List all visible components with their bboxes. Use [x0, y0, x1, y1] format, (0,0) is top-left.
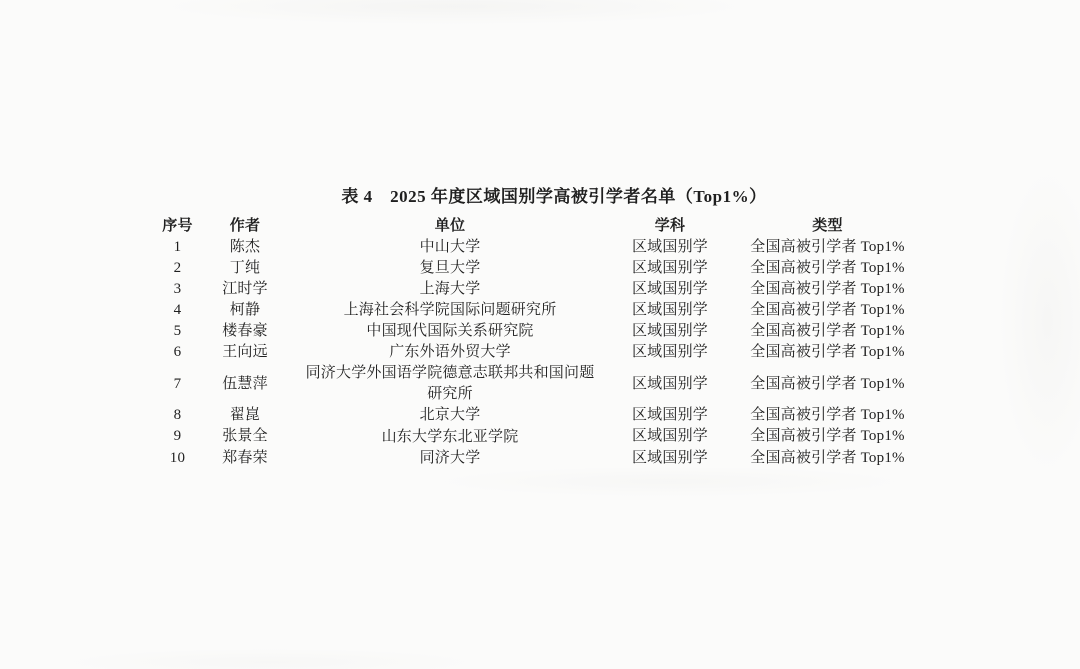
cell-author: 柯静: [205, 300, 285, 321]
cell-discipline: 区域国别学: [615, 405, 725, 426]
cell-no: 2: [150, 258, 205, 279]
cell-no: 3: [150, 279, 205, 300]
cell-institution: 上海大学: [285, 279, 615, 300]
cell-discipline: 区域国别学: [615, 258, 725, 279]
cell-author: 翟崑: [205, 405, 285, 426]
header-cell-type: 类型: [725, 216, 930, 237]
institution-text: 中山大学: [420, 237, 481, 258]
table-row: 5 楼春豪 中国现代国际关系研究院 区域国别学 全国高被引学者 Top1%: [150, 321, 930, 342]
cell-institution: 中山大学: [285, 237, 615, 258]
table-body: 1 陈杰 中山大学 区域国别学 全国高被引学者 Top1% 2 丁纯 复旦大学 …: [150, 237, 930, 469]
cell-author: 王向远: [205, 342, 285, 363]
cell-institution: 同济大学外国语学院德意志联邦共和国问题研究所: [285, 363, 615, 405]
cell-type: 全国高被引学者 Top1%: [725, 342, 930, 363]
cell-type: 全国高被引学者 Top1%: [725, 237, 930, 258]
institution-text: 上海大学: [420, 279, 481, 300]
cell-author: 江时学: [205, 279, 285, 300]
cell-institution: 上海社会科学院国际问题研究所: [285, 300, 615, 321]
cell-discipline: 区域国别学: [615, 321, 725, 342]
cell-discipline: 区域国别学: [615, 237, 725, 258]
cell-type: 全国高被引学者 Top1%: [725, 405, 930, 426]
cell-author: 楼春豪: [205, 321, 285, 342]
cell-institution: 同济大学: [285, 448, 615, 469]
cell-type: 全国高被引学者 Top1%: [725, 448, 930, 469]
cell-type: 全国高被引学者 Top1%: [725, 363, 930, 405]
cell-discipline: 区域国别学: [615, 300, 725, 321]
cell-discipline: 区域国别学: [615, 426, 725, 447]
cell-no: 10: [150, 448, 205, 469]
cell-author: 陈杰: [205, 237, 285, 258]
cell-no: 5: [150, 321, 205, 342]
table-header-row: 序号 作者 单位 学科 类型: [150, 216, 930, 237]
cell-institution: 广东外语外贸大学: [285, 342, 615, 363]
cell-author: 郑春荣: [205, 448, 285, 469]
cell-institution: 复旦大学: [285, 258, 615, 279]
header-cell-no: 序号: [150, 216, 205, 237]
cell-discipline: 区域国别学: [615, 279, 725, 300]
cell-author: 伍慧萍: [205, 363, 285, 405]
table-row: 1 陈杰 中山大学 区域国别学 全国高被引学者 Top1%: [150, 237, 930, 258]
cell-no: 7: [150, 363, 205, 405]
header-cell-institution: 单位: [285, 216, 615, 237]
cell-type: 全国高被引学者 Top1%: [725, 321, 930, 342]
cell-institution: 山东大学东北亚学院: [285, 426, 615, 447]
cell-type: 全国高被引学者 Top1%: [725, 258, 930, 279]
table-row: 4 柯静 上海社会科学院国际问题研究所 区域国别学 全国高被引学者 Top1%: [150, 300, 930, 321]
cell-no: 8: [150, 405, 205, 426]
table-caption: 表 4 2025 年度区域国别学高被引学者名单（Top1%）: [150, 186, 930, 207]
cell-discipline: 区域国别学: [615, 342, 725, 363]
institution-text: 同济大学外国语学院德意志联邦共和国问题研究所: [302, 363, 598, 405]
cell-discipline: 区域国别学: [615, 363, 725, 405]
institution-text: 山东大学东北亚学院: [382, 427, 519, 448]
institution-text: 复旦大学: [420, 258, 481, 279]
cell-author: 张景全: [205, 426, 285, 447]
header-cell-author: 作者: [205, 216, 285, 237]
table-row: 2 丁纯 复旦大学 区域国别学 全国高被引学者 Top1%: [150, 258, 930, 279]
cell-type: 全国高被引学者 Top1%: [725, 300, 930, 321]
cell-author: 丁纯: [205, 258, 285, 279]
table-row: 7 伍慧萍 同济大学外国语学院德意志联邦共和国问题研究所 区域国别学 全国高被引…: [150, 363, 930, 405]
table-row: 10 郑春荣 同济大学 区域国别学 全国高被引学者 Top1%: [150, 448, 930, 469]
institution-text: 上海社会科学院国际问题研究所: [344, 300, 557, 321]
cell-no: 6: [150, 342, 205, 363]
cell-type: 全国高被引学者 Top1%: [725, 279, 930, 300]
document-page: 表 4 2025 年度区域国别学高被引学者名单（Top1%） 序号 作者 单位 …: [0, 0, 1080, 669]
table-row: 6 王向远 广东外语外贸大学 区域国别学 全国高被引学者 Top1%: [150, 342, 930, 363]
cell-no: 1: [150, 237, 205, 258]
cell-institution: 中国现代国际关系研究院: [285, 321, 615, 342]
table-row: 3 江时学 上海大学 区域国别学 全国高被引学者 Top1%: [150, 279, 930, 300]
scholars-table: 序号 作者 单位 学科 类型 1 陈杰 中山大学 区域国别学 全国高被引学者 T…: [150, 216, 930, 469]
institution-text: 北京大学: [420, 405, 481, 426]
table-row: 9 张景全 山东大学东北亚学院 区域国别学 全国高被引学者 Top1%: [150, 426, 930, 447]
header-cell-discipline: 学科: [615, 216, 725, 237]
table-row: 8 翟崑 北京大学 区域国别学 全国高被引学者 Top1%: [150, 405, 930, 426]
cell-no: 4: [150, 300, 205, 321]
institution-text: 广东外语外贸大学: [389, 342, 511, 363]
institution-text: 中国现代国际关系研究院: [366, 321, 533, 342]
cell-type: 全国高被引学者 Top1%: [725, 426, 930, 447]
cell-institution: 北京大学: [285, 405, 615, 426]
cell-discipline: 区域国别学: [615, 448, 725, 469]
cell-no: 9: [150, 426, 205, 447]
institution-text: 同济大学: [420, 448, 481, 469]
